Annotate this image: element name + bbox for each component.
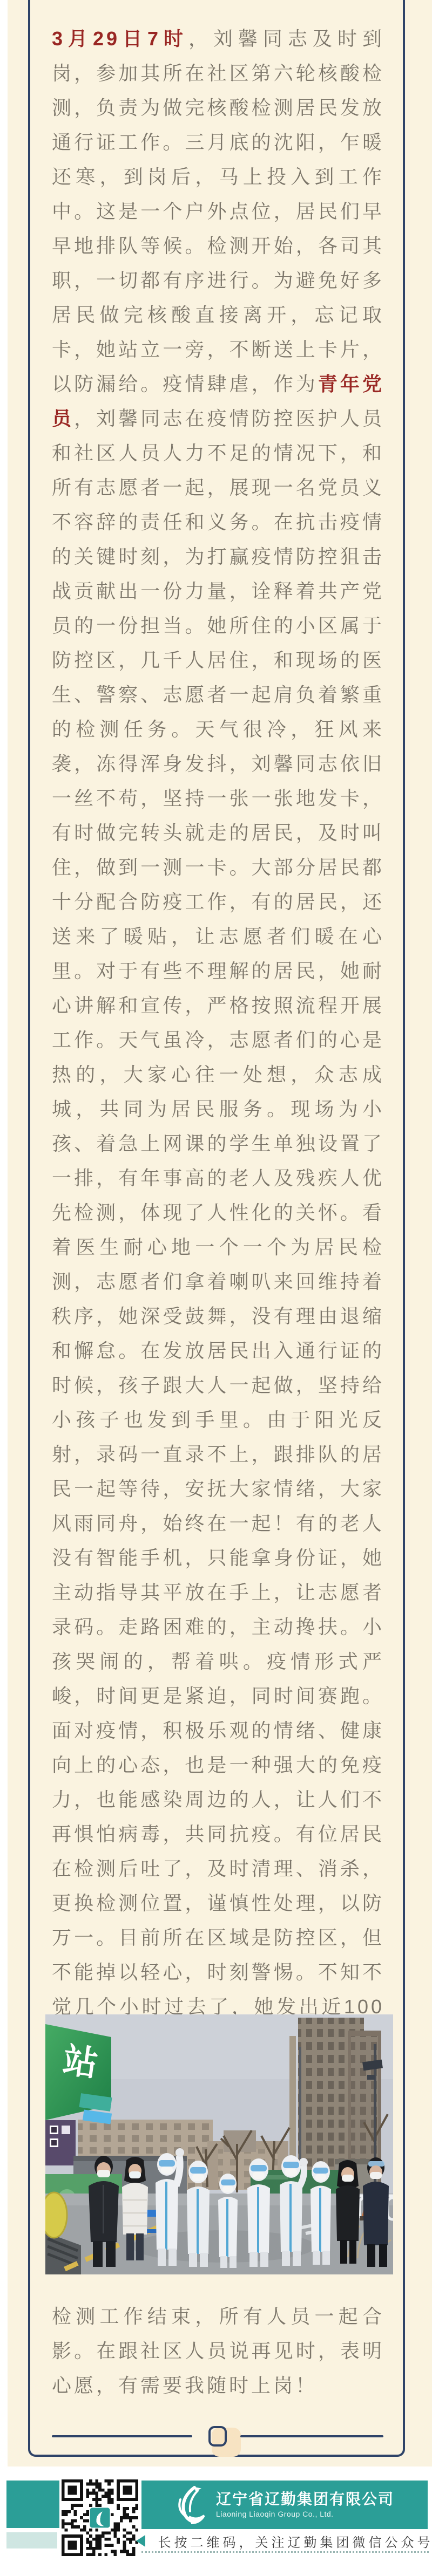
phoenix-logo-icon [175, 2485, 208, 2524]
article-page: 3月29日7时，刘馨同志及时到岗，参加其所在社区第六轮核酸检测，负责为做完核酸检… [0, 0, 432, 2576]
photo-green-sign: 站 [45, 2024, 112, 2124]
footer-brand-text: 辽宁省辽勤集团有限公司 Liaoning Liaoqin Group Co., … [216, 2490, 394, 2519]
footer-dotted-line [141, 2551, 429, 2553]
article-paragraph-2: 检测工作结束，所有人员一起合影。在跟社区人员说再见时，表明心愿，有需要我随时上岗… [52, 2299, 384, 2403]
footer-pale-teal-block [6, 2532, 57, 2548]
qr-card [60, 2476, 139, 2559]
left-triangle-icon [136, 2535, 145, 2547]
highlight-date: 3月29日7时 [52, 28, 188, 50]
footer-teal-block-left [6, 2481, 59, 2528]
group-photo[interactable]: 站 [45, 2014, 393, 2274]
qr-caption-text: 长按二维码，关注辽勤集团微信公众号 [158, 2532, 432, 2551]
divider-line-left [52, 2435, 192, 2437]
photo-purple-sign [45, 2120, 76, 2165]
qr-caption-row: 长按二维码，关注辽勤集团微信公众号 [141, 2531, 428, 2551]
section-divider [52, 2425, 384, 2447]
divider-line-right [240, 2435, 383, 2437]
divider-knot-icon [208, 2426, 227, 2447]
company-name-en: Liaoning Liaoqin Group Co., Ltd. [216, 2509, 334, 2519]
paragraph-text: ，刘馨同志及时到岗，参加其所在社区第六轮核酸检测，负责为做完核酸检测居民发放通行… [52, 28, 384, 395]
qr-code[interactable] [62, 2479, 138, 2557]
footer-brand-band: 辽宁省辽勤集团有限公司 Liaoning Liaoqin Group Co., … [141, 2481, 428, 2529]
photo-yellow-bag [45, 2192, 67, 2238]
photo-sign-text: 站 [60, 2040, 100, 2083]
company-name-cn: 辽宁省辽勤集团有限公司 [216, 2490, 394, 2509]
article-paragraph-1: 3月29日7时，刘馨同志及时到岗，参加其所在社区第六轮核酸检测，负责为做完核酸检… [52, 22, 384, 2128]
paragraph-text: ，刘馨同志在疫情防控医护人员和社区人员人力不足的情况下，和所有志愿者一起，展现一… [52, 407, 384, 2087]
